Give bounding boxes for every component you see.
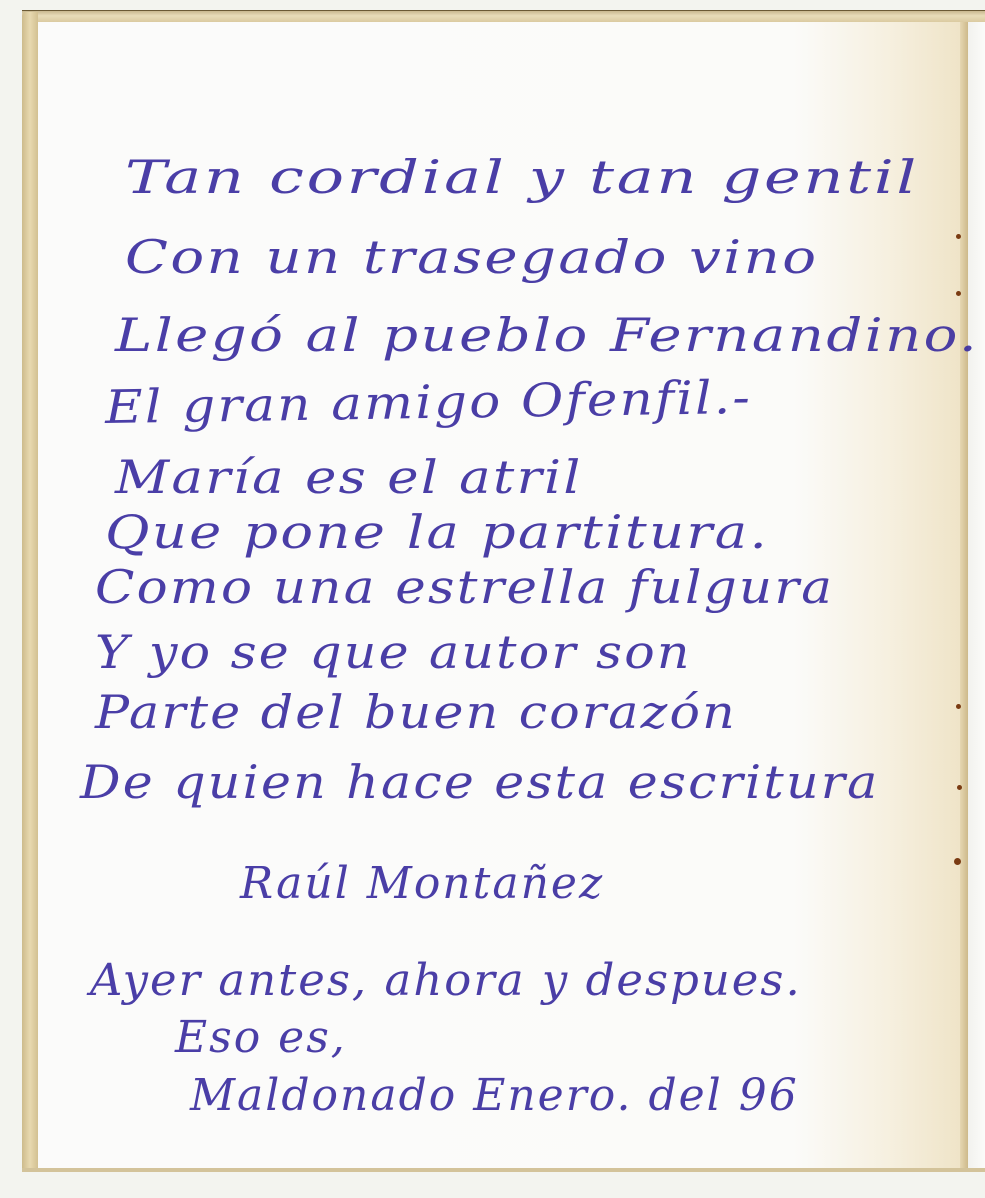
poem-line: Que pone la partitura. bbox=[105, 505, 769, 559]
closing-line: Eso es, bbox=[175, 1012, 347, 1063]
author-signature: Raúl Montañez bbox=[240, 858, 604, 909]
rust-spot bbox=[956, 704, 961, 709]
poem-line: Y yo se que autor son bbox=[95, 625, 692, 679]
rust-spot bbox=[954, 858, 961, 865]
poem-line: El gran amigo Ofenfil.- bbox=[104, 370, 752, 434]
adjacent-page-edge bbox=[968, 22, 985, 1168]
poem-line: Tan cordial y tan gentil bbox=[125, 150, 919, 204]
poem-line: Como una estrella fulgura bbox=[95, 560, 834, 614]
page-gutter bbox=[960, 22, 968, 1168]
closing-line: Ayer antes, ahora y despues. bbox=[90, 955, 802, 1006]
rust-spot bbox=[956, 291, 961, 296]
poem-line: Llegó al pueblo Fernandino. bbox=[115, 308, 979, 362]
notebook-cover-bottom-edge bbox=[22, 1168, 985, 1172]
closing-date-line: Maldonado Enero. del 96 bbox=[190, 1070, 799, 1121]
poem-line: Con un trasegado vino bbox=[125, 230, 818, 284]
poem-line: María es el atril bbox=[115, 450, 583, 504]
poem-line: De quien hace esta escritura bbox=[80, 755, 880, 809]
rust-spot bbox=[957, 785, 962, 790]
poem-line: Parte del buen corazón bbox=[95, 685, 737, 739]
rust-spot bbox=[956, 234, 961, 239]
notebook-cover-left-edge bbox=[22, 12, 38, 1172]
